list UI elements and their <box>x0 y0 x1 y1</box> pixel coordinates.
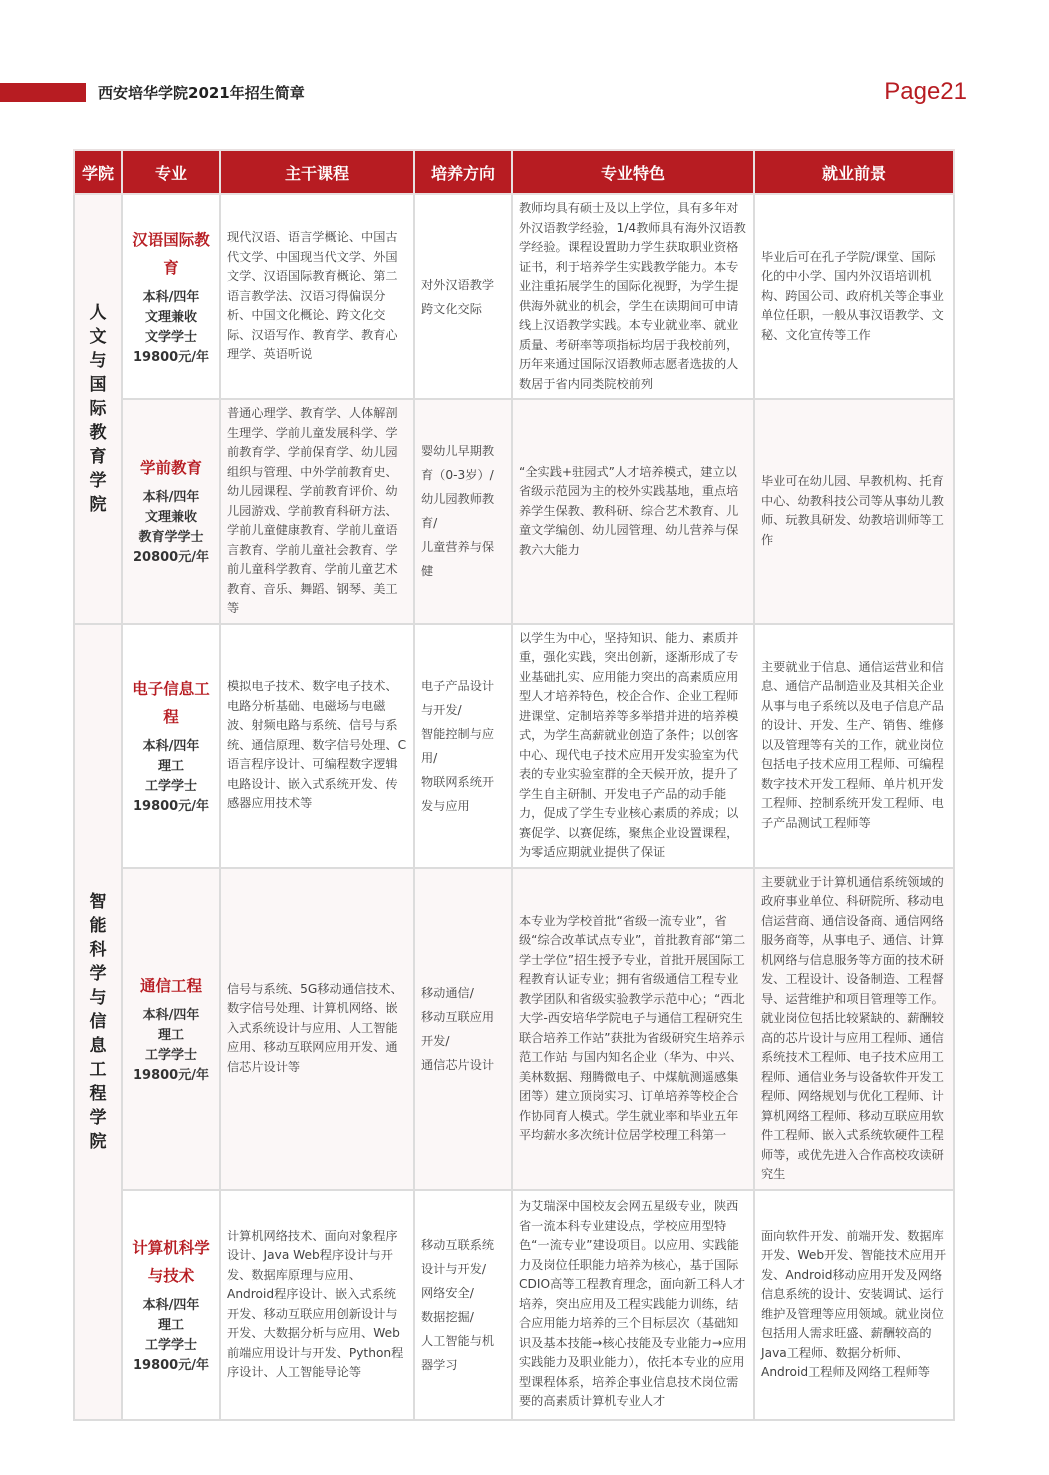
header-accent-bar <box>0 83 86 102</box>
degree-type: 本科/四年 <box>129 488 213 508</box>
major-cell: 汉语国际教育 本科/四年 文理兼收 文学学士 19800元/年 <box>122 194 220 399</box>
tuition: 19800元/年 <box>129 1066 213 1086</box>
prospects-cell: 毕业可在幼儿园、早教机构、托育中心、幼教科技公司等从事幼儿教师、玩教具研发、幼教… <box>754 399 954 624</box>
admission: 文理兼收 <box>129 308 213 328</box>
column-header-major: 专业 <box>122 150 220 194</box>
direction-item: 移动互联应用开发/ <box>421 1005 505 1053</box>
degree-type: 本科/四年 <box>129 737 213 757</box>
major-cell: 电子信息工程 本科/四年 理工 工学学士 19800元/年 <box>122 624 220 868</box>
table-row: 学前教育 本科/四年 文理兼收 教育学学士 20800元/年 普通心理学、教育学… <box>74 399 954 624</box>
prospects-cell: 毕业后可在孔子学院/课堂、国际化的中小学、国内外汉语培训机构、跨国公司、政府机关… <box>754 194 954 399</box>
tuition: 19800元/年 <box>129 348 213 368</box>
direction-item: 移动互联系统设计与开发/ <box>421 1233 505 1281</box>
degree-type: 本科/四年 <box>129 1006 213 1026</box>
column-header-prospects: 就业前景 <box>754 150 954 194</box>
majors-table: 学院 专业 主干课程 培养方向 专业特色 就业前景 人文与国际教育学院 汉语国际… <box>73 149 955 1421</box>
college-cell: 智能科学与信息工程学院 <box>74 624 122 1420</box>
table-row: 通信工程 本科/四年 理工 工学学士 19800元/年 信号与系统、5G移动通信… <box>74 868 954 1190</box>
tuition: 20800元/年 <box>129 548 213 568</box>
direction-cell: 对外汉语教学 跨文化交际 <box>414 194 512 399</box>
major-name: 汉语国际教育 <box>129 226 213 282</box>
document-title: 西安培华学院2021年招生简章 <box>98 82 305 103</box>
column-header-courses: 主干课程 <box>220 150 414 194</box>
courses-cell: 模拟电子技术、数字电子技术、电路分析基础、电磁场与电磁波、射频电路与系统、信号与… <box>220 624 414 868</box>
table-header-row: 学院 专业 主干课程 培养方向 专业特色 就业前景 <box>74 150 954 194</box>
tuition: 19800元/年 <box>129 797 213 817</box>
degree: 工学学士 <box>129 777 213 797</box>
college-cell: 人文与国际教育学院 <box>74 194 122 624</box>
tuition: 19800元/年 <box>129 1356 213 1376</box>
direction-item: 婴幼儿早期教育（0-3岁）/ <box>421 439 505 487</box>
courses-cell: 信号与系统、5G移动通信技术、数字信号处理、计算机网络、嵌入式系统设计与应用、人… <box>220 868 414 1190</box>
direction-item: 幼儿园教师教育/ <box>421 487 505 535</box>
direction-cell: 移动通信/ 移动互联应用开发/ 通信芯片设计 <box>414 868 512 1190</box>
major-name: 学前教育 <box>129 454 213 482</box>
admission: 理工 <box>129 1026 213 1046</box>
direction-item: 通信芯片设计 <box>421 1053 505 1077</box>
direction-item: 智能控制与应用/ <box>421 722 505 770</box>
prospects-cell: 主要就业于计算机通信系统领域的政府事业单位、科研院所、移动电信运营商、通信设备商… <box>754 868 954 1190</box>
college-name: 人文与国际教育学院 <box>89 301 107 517</box>
features-cell: “全实践+驻园式”人才培养模式，建立以省级示范园为主的校外实践基地，重点培养学生… <box>512 399 754 624</box>
major-cell: 学前教育 本科/四年 文理兼收 教育学学士 20800元/年 <box>122 399 220 624</box>
direction-item: 电子产品设计与开发/ <box>421 674 505 722</box>
direction-item: 物联网系统开发与应用 <box>421 770 505 818</box>
direction-item: 儿童营养与保健 <box>421 535 505 583</box>
table-row: 人文与国际教育学院 汉语国际教育 本科/四年 文理兼收 文学学士 19800元/… <box>74 194 954 399</box>
college-name: 智能科学与信息工程学院 <box>89 890 107 1154</box>
direction-item: 跨文化交际 <box>421 297 505 321</box>
features-cell: 教师均具有硕士及以上学位，具有多年对外汉语教学经验，1/4教师具有海外汉语教学经… <box>512 194 754 399</box>
degree-type: 本科/四年 <box>129 1296 213 1316</box>
courses-cell: 普通心理学、教育学、人体解剖生理学、学前儿童发展科学、学前教育学、学前保育学、幼… <box>220 399 414 624</box>
direction-item: 人工智能与机器学习 <box>421 1329 505 1377</box>
direction-cell: 婴幼儿早期教育（0-3岁）/ 幼儿园教师教育/ 儿童营养与保健 <box>414 399 512 624</box>
table-row: 计算机科学与技术 本科/四年 理工 工学学士 19800元/年 计算机网络技术、… <box>74 1190 954 1420</box>
column-header-college: 学院 <box>74 150 122 194</box>
features-cell: 本专业为学校首批“省级一流专业”，省级“综合改革试点专业”，首批教育部“第二学士… <box>512 868 754 1190</box>
major-name: 电子信息工程 <box>129 675 213 731</box>
features-cell: 以学生为中心，坚持知识、能力、素质并重，强化实践，突出创新，逐渐形成了专业基础扎… <box>512 624 754 868</box>
column-header-direction: 培养方向 <box>414 150 512 194</box>
page-number: Page21 <box>884 78 967 106</box>
admission: 理工 <box>129 757 213 777</box>
degree: 工学学士 <box>129 1046 213 1066</box>
major-name: 通信工程 <box>129 972 213 1000</box>
direction-item: 数据挖掘/ <box>421 1305 505 1329</box>
degree: 文学学士 <box>129 328 213 348</box>
admission: 文理兼收 <box>129 508 213 528</box>
degree: 教育学学士 <box>129 528 213 548</box>
major-cell: 通信工程 本科/四年 理工 工学学士 19800元/年 <box>122 868 220 1190</box>
direction-item: 移动通信/ <box>421 981 505 1005</box>
direction-cell: 电子产品设计与开发/ 智能控制与应用/ 物联网系统开发与应用 <box>414 624 512 868</box>
direction-item: 网络安全/ <box>421 1281 505 1305</box>
direction-cell: 移动互联系统设计与开发/ 网络安全/ 数据挖掘/ 人工智能与机器学习 <box>414 1190 512 1420</box>
table-row: 智能科学与信息工程学院 电子信息工程 本科/四年 理工 工学学士 19800元/… <box>74 624 954 868</box>
prospects-cell: 面向软件开发、前端开发、数据库开发、Web开发、智能技术应用开发、Android… <box>754 1190 954 1420</box>
major-name: 计算机科学与技术 <box>129 1234 213 1290</box>
features-cell: 为艾瑞深中国校友会网五星级专业，陕西省一流本科专业建设点，学校应用型特色“一流专… <box>512 1190 754 1420</box>
admission: 理工 <box>129 1316 213 1336</box>
courses-cell: 计算机网络技术、面向对象程序设计、Java Web程序设计与开发、数据库原理与应… <box>220 1190 414 1420</box>
direction-item: 对外汉语教学 <box>421 273 505 297</box>
prospects-cell: 主要就业于信息、通信运营业和信息、通信产品制造业及其相关企业从事与电子系统以及电… <box>754 624 954 868</box>
degree-type: 本科/四年 <box>129 288 213 308</box>
major-cell: 计算机科学与技术 本科/四年 理工 工学学士 19800元/年 <box>122 1190 220 1420</box>
courses-cell: 现代汉语、语言学概论、中国古代文学、中国现当代文学、外国文学、汉语国际教育概论、… <box>220 194 414 399</box>
degree: 工学学士 <box>129 1336 213 1356</box>
column-header-features: 专业特色 <box>512 150 754 194</box>
